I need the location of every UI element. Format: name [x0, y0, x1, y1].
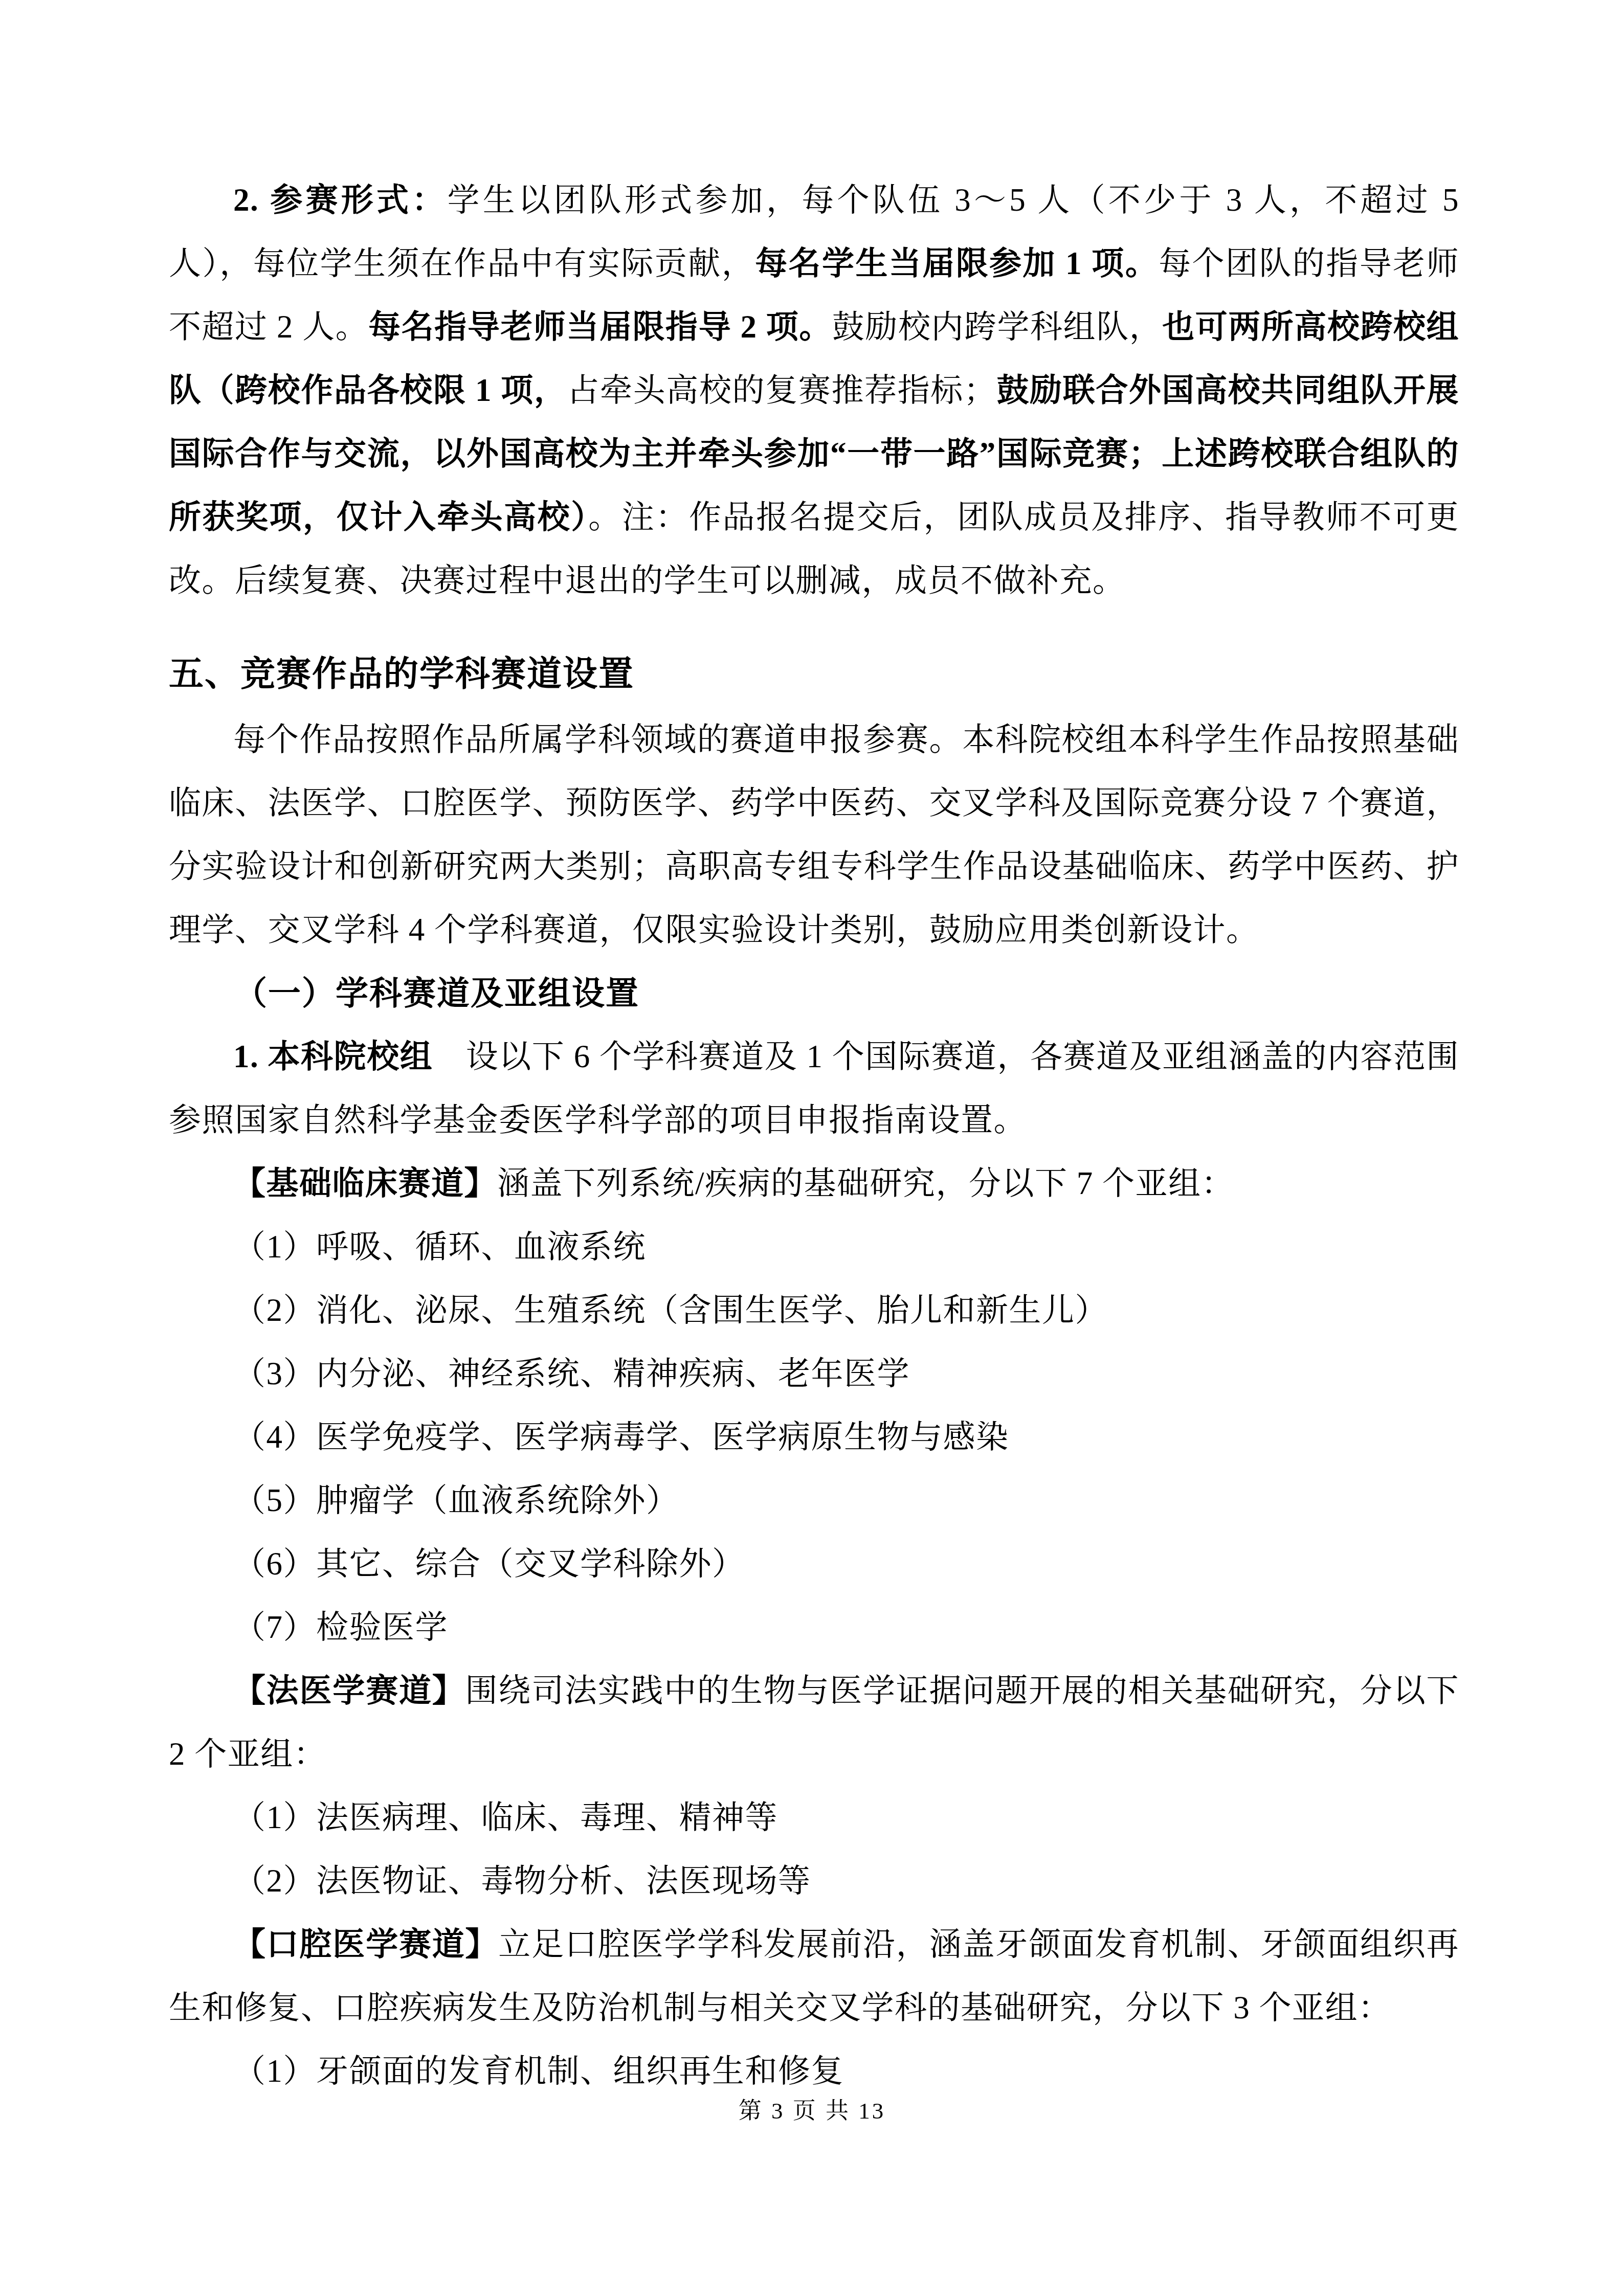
subsection-heading-one: （一）学科赛道及亚组设置 — [169, 961, 1459, 1025]
paragraph-stomatology-track: 【口腔医学赛道】立足口腔医学学科发展前沿，涵盖牙颌面发育机制、牙颌面组织再生和修… — [169, 1912, 1459, 2039]
page-number: 第 3 页 共 13 — [0, 2096, 1624, 2126]
text-run: （6）其它、综合（交叉学科除外） — [233, 1546, 745, 1582]
text-run: 1. 本科院校组 — [233, 1039, 433, 1074]
text-run: （5）肿瘤学（血液系统除外） — [233, 1482, 679, 1518]
paragraph-entry-format: 2. 参赛形式：学生以团队形式参加，每个队伍 3～5 人（不少于 3 人，不超过… — [169, 168, 1459, 612]
text-run: 涵盖下列系统/疾病的基础研究，分以下 7 个亚组： — [497, 1165, 1234, 1201]
basic-clinical-subgroup-2: （2）消化、泌尿、生殖系统（含围生医学、胎儿和新生儿） — [169, 1278, 1459, 1342]
basic-clinical-subgroup-5: （5）肿瘤学（血液系统除外） — [169, 1469, 1459, 1532]
text-run: 【法医学赛道】 — [233, 1673, 465, 1708]
text-run: 每名学生当届限参加 1 项。 — [755, 245, 1159, 281]
basic-clinical-subgroup-6: （6）其它、综合（交叉学科除外） — [169, 1532, 1459, 1595]
basic-clinical-subgroup-7: （7）检验医学 — [169, 1595, 1459, 1659]
stomatology-subgroup-1: （1）牙颌面的发育机制、组织再生和修复 — [169, 2039, 1459, 2103]
text-run: 每名指导老师当届限指导 2 项。 — [368, 309, 832, 345]
forensic-subgroup-1: （1）法医病理、临床、毒理、精神等 — [169, 1786, 1459, 1849]
basic-clinical-subgroup-3: （3）内分泌、神经系统、精神疾病、老年医学 — [169, 1342, 1459, 1405]
text-run: 【口腔医学赛道】 — [233, 1926, 498, 1962]
text-run: （4）医学免疫学、医学病毒学、医学病原生物与感染 — [233, 1419, 1009, 1455]
text-run: （一）学科赛道及亚组设置 — [234, 975, 639, 1011]
text-run: （2）法医物证、毒物分析、法医现场等 — [233, 1863, 811, 1899]
paragraph-undergraduate-group: 1. 本科院校组 设以下 6 个学科赛道及 1 个国际赛道，各赛道及亚组涵盖的内… — [169, 1025, 1459, 1152]
basic-clinical-subgroup-1: （1）呼吸、循环、血液系统 — [169, 1215, 1459, 1278]
document-page: 2. 参赛形式：学生以团队形式参加，每个队伍 3～5 人（不少于 3 人，不超过… — [0, 0, 1624, 2296]
text-run: 【基础临床赛道】 — [233, 1165, 497, 1201]
text-run: 五、竞赛作品的学科赛道设置 — [169, 655, 634, 693]
paragraph-basic-clinical-track: 【基础临床赛道】涵盖下列系统/疾病的基础研究，分以下 7 个亚组： — [169, 1152, 1459, 1215]
text-run: 鼓励校内跨学科组队， — [832, 309, 1162, 345]
text-run: （1）呼吸、循环、血液系统 — [233, 1229, 646, 1265]
basic-clinical-subgroup-4: （4）医学免疫学、医学病毒学、医学病原生物与感染 — [169, 1405, 1459, 1469]
paragraph-track-overview: 每个作品按照作品所属学科领域的赛道申报参赛。本科院校组本科学生作品按照基础临床、… — [169, 708, 1459, 961]
text-run: 占牵头高校的复赛推荐指标； — [567, 372, 997, 408]
paragraph-forensic-track: 【法医学赛道】围绕司法实践中的生物与医学证据问题开展的相关基础研究，分以下 2 … — [169, 1659, 1459, 1786]
text-run: 每个作品按照作品所属学科领域的赛道申报参赛。本科院校组本科学生作品按照基础临床、… — [169, 722, 1459, 948]
text-run: （1）牙颌面的发育机制、组织再生和修复 — [233, 2053, 844, 2089]
text-run: 2. 参赛形式： — [233, 182, 448, 218]
text-run: （3）内分泌、神经系统、精神疾病、老年医学 — [233, 1356, 910, 1391]
text-run: （2）消化、泌尿、生殖系统（含围生医学、胎儿和新生儿） — [233, 1292, 1108, 1328]
text-run: （1）法医病理、临床、毒理、精神等 — [233, 1799, 778, 1835]
forensic-subgroup-2: （2）法医物证、毒物分析、法医现场等 — [169, 1849, 1459, 1912]
text-run: （7）检验医学 — [233, 1609, 448, 1645]
section-heading-five: 五、竞赛作品的学科赛道设置 — [169, 640, 1459, 708]
